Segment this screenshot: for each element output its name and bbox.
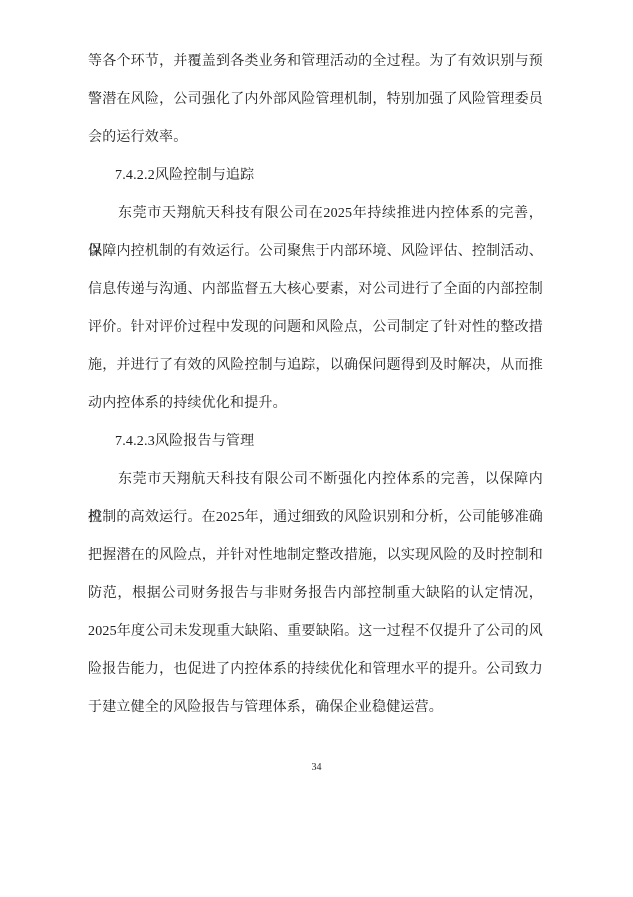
paragraph-2-line-1: 东莞市天翔航天科技有限公司在2025年持续推进内控体系的完善，以: [88, 195, 543, 233]
paragraph-3-line-1: 东莞市天翔航天科技有限公司不断强化内控体系的完善，以保障内控: [88, 461, 543, 499]
document-page: 等各个环节，并覆盖到各类业务和管理活动的全过程。为了有效识别与预 警潜在风险，公…: [0, 0, 633, 897]
paragraph-2-line-5: 施，并进行了有效的风险控制与追踪，以确保问题得到及时解决，从而推: [88, 347, 543, 385]
document-text-block: 等各个环节，并覆盖到各类业务和管理活动的全过程。为了有效识别与预 警潜在风险，公…: [88, 43, 543, 727]
page-number: 34: [0, 760, 633, 776]
paragraph-3-line-6: 险报告能力，也促进了内控体系的持续优化和管理水平的提升。公司致力: [88, 651, 543, 689]
paragraph-2-line-3: 信息传递与沟通、内部监督五大核心要素，对公司进行了全面的内部控制: [88, 271, 543, 309]
paragraph-3-line-3: 把握潜在的风险点，并针对性地制定整改措施，以实现风险的及时控制和: [88, 537, 543, 575]
paragraph-2-line-6: 动内控体系的持续优化和提升。: [88, 385, 543, 423]
paragraph-3-line-2: 机制的高效运行。在2025年，通过细致的风险识别和分析，公司能够准确: [88, 499, 543, 537]
paragraph-3-line-5: 2025年度公司未发现重大缺陷、重要缺陷。这一过程不仅提升了公司的风: [88, 613, 543, 651]
section-heading-risk-control-tracking: 7.4.2.2风险控制与追踪: [88, 157, 543, 195]
paragraph-1-line-1: 等各个环节，并覆盖到各类业务和管理活动的全过程。为了有效识别与预: [88, 43, 543, 81]
section-heading-risk-reporting-management: 7.4.2.3风险报告与管理: [88, 423, 543, 461]
paragraph-2-line-2: 保障内控机制的有效运行。公司聚焦于内部环境、风险评估、控制活动、: [88, 233, 543, 271]
paragraph-1-line-2: 警潜在风险，公司强化了内外部风险管理机制，特别加强了风险管理委员: [88, 81, 543, 119]
paragraph-3-line-4: 防范，根据公司财务报告与非财务报告内部控制重大缺陷的认定情况，: [88, 575, 543, 613]
paragraph-3-line-7: 于建立健全的风险报告与管理体系，确保企业稳健运营。: [88, 689, 543, 727]
paragraph-1-line-3: 会的运行效率。: [88, 119, 543, 157]
paragraph-2-line-4: 评价。针对评价过程中发现的问题和风险点，公司制定了针对性的整改措: [88, 309, 543, 347]
